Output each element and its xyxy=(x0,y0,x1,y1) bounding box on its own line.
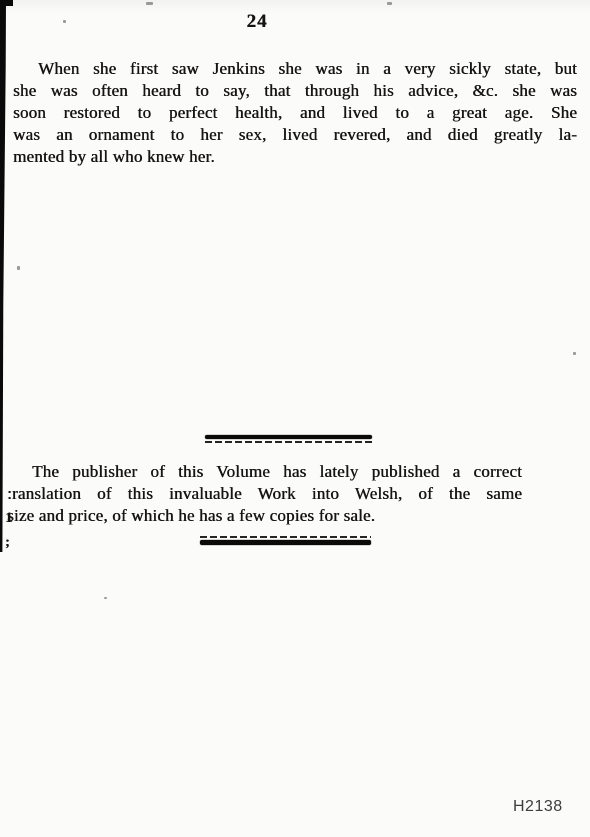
scanned-book-page: 24 When she first saw Jenkins she was in… xyxy=(0,0,590,837)
body-paragraph-2: The publisher of this Volume has lately … xyxy=(7,461,522,527)
divider-dashed-rule xyxy=(200,536,371,538)
scan-speck xyxy=(17,266,20,270)
section-divider-top xyxy=(205,435,372,443)
margin-artifact-punct: ; xyxy=(5,535,10,550)
text-line: she was often heard to say, that through… xyxy=(13,80,577,102)
catalog-code: H2138 xyxy=(513,798,563,816)
text-line: When she first saw Jenkins she was in a … xyxy=(13,58,577,80)
margin-artifact-numeral: 1 xyxy=(5,511,13,526)
text-line: The publisher of this Volume has lately … xyxy=(7,461,522,483)
scan-speck xyxy=(573,352,576,355)
page-number: 24 xyxy=(0,11,514,33)
scan-speck xyxy=(104,597,107,599)
divider-thick-rule xyxy=(200,540,371,545)
text-line: soon restored to perfect health, and liv… xyxy=(13,102,577,124)
body-paragraph-1: When she first saw Jenkins she was in a … xyxy=(13,58,577,168)
text-line: size and price, of which he has a few co… xyxy=(7,505,522,527)
text-line: was an ornament to her sex, lived revere… xyxy=(13,124,577,146)
text-line: mented by all who knew her. xyxy=(13,146,577,168)
section-divider-bottom xyxy=(200,536,371,545)
scan-edge-artifact-corner xyxy=(0,0,13,6)
divider-dashed-rule xyxy=(205,441,372,443)
scan-speck xyxy=(146,2,153,5)
scan-speck xyxy=(387,2,392,5)
scan-edge-artifact-left xyxy=(0,0,6,552)
text-line: :ranslation of this invaluable Work into… xyxy=(7,483,522,505)
divider-thick-rule xyxy=(205,435,372,439)
